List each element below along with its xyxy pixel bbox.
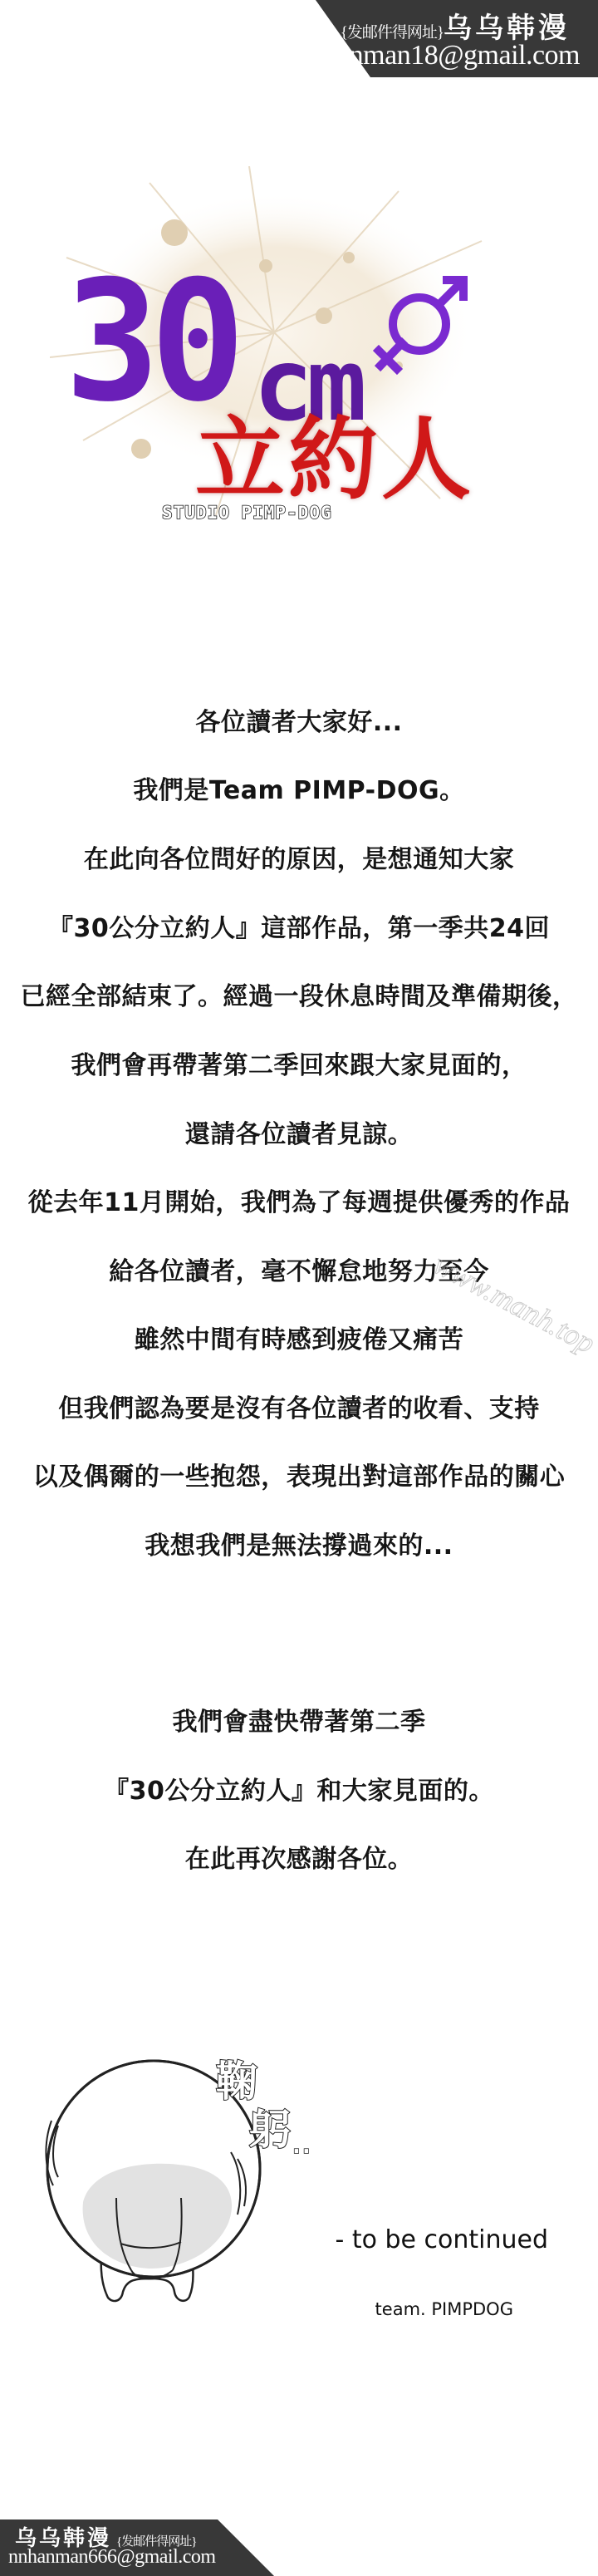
message-line: 各位讀者大家好... xyxy=(0,706,598,740)
message-line: 在此再次感謝各位。 xyxy=(0,1843,598,1876)
team-signature: team. PIMPDOG xyxy=(375,2299,513,2319)
message-line: 『30公分立約人』這部作品，第一季共24回 xyxy=(0,912,598,946)
message-line: 還請各位讀者見諒。 xyxy=(0,1118,598,1152)
contact-email[interactable]: nnhanman666@gmail.com xyxy=(8,2546,216,2569)
sfx-char-1: 鞠 xyxy=(216,2061,257,2102)
watermark-banner-bottom: 乌乌韩漫{发邮件得网址} nnhanman666@gmail.com xyxy=(0,2519,274,2576)
bowing-character-icon xyxy=(33,2044,349,2310)
message-line: 我們是Team PIMP-DOG。 xyxy=(0,774,598,808)
sfx-char-2: 躬 xyxy=(249,2109,291,2151)
message-line: 在此向各位問好的原因，是想通知大家 xyxy=(0,843,598,877)
message-line: 雖然中間有時感到疲倦又痛苦 xyxy=(0,1324,598,1357)
message-line: 已經全部結束了。經過一段休息時間及準備期後， xyxy=(0,981,598,1014)
message-line: 但我們認為要是沒有各位讀者的收看、支持 xyxy=(0,1393,598,1426)
message-line: 我們會盡快帶著第二季 xyxy=(0,1706,598,1739)
studio-credit: STUDIO PIMP-DOG xyxy=(162,503,332,523)
contact-email[interactable]: nnhanman18@gmail.com xyxy=(297,40,580,71)
message-line: 以及偶爾的一些抱怨，表現出對這部作品的關心 xyxy=(0,1461,598,1494)
logo-title: 立約人 xyxy=(195,415,474,505)
watermark-banner-top: {发邮件得网址}乌乌韩漫 nnhanman18@gmail.com xyxy=(316,0,598,77)
sfx-dots: .. xyxy=(292,2136,312,2157)
message-line: 從去年11月開始，我們為了每週提供優秀的作品 xyxy=(0,1187,598,1220)
message-line: 『30公分立約人』和大家見面的。 xyxy=(0,1775,598,1808)
site-label: {发邮件得网址} xyxy=(341,24,444,42)
series-logo: 30 cm 立約人 STUDIO PIMP-DOG xyxy=(50,166,548,532)
message-line: 我想我們是無法撐過來的... xyxy=(0,1530,598,1563)
to-be-continued-label: - to be continued xyxy=(335,2225,548,2254)
message-line: 我們會再帶著第二季回來跟大家見面的， xyxy=(0,1050,598,1083)
